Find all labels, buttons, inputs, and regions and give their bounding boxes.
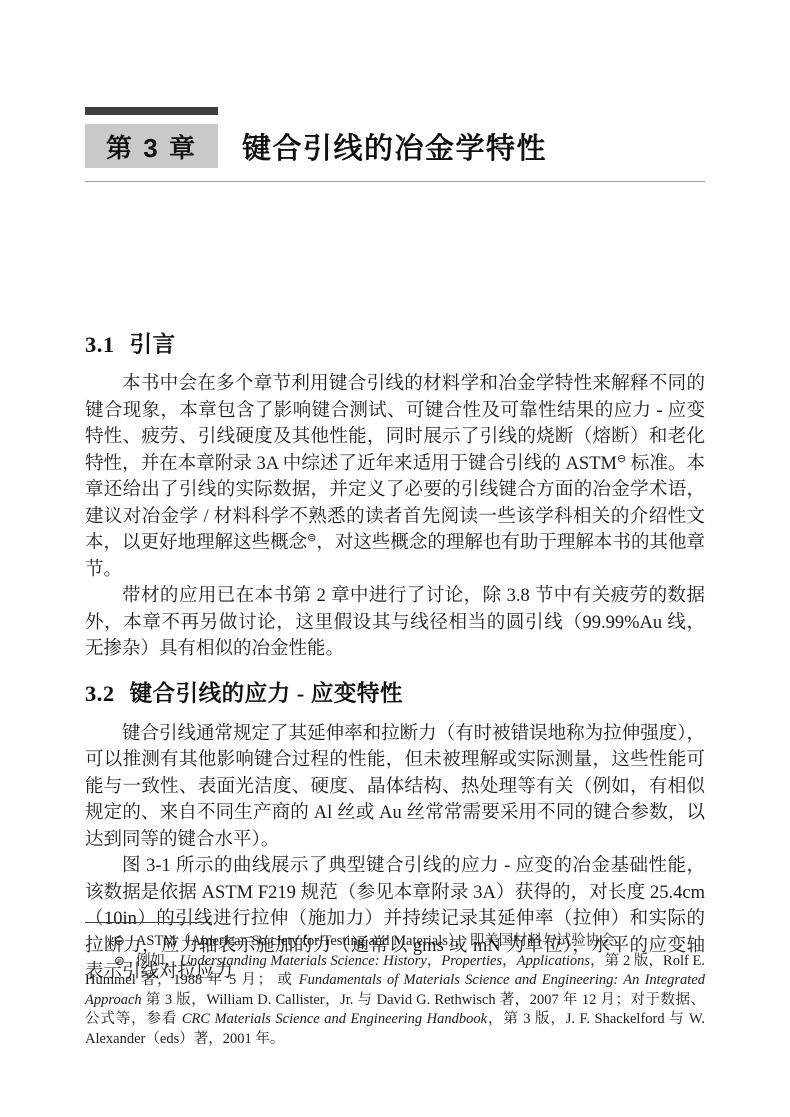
book-title-italic: Properties	[441, 953, 502, 969]
text-segment: 例如，	[136, 953, 180, 969]
section-number: 3.1	[85, 332, 115, 357]
section-heading-3-2: 3.2键合引线的应力 - 应变特性	[85, 676, 705, 708]
section-title: 引言	[130, 332, 176, 357]
footnote-text: ASTM（American So ciety for Testing and M…	[136, 933, 629, 949]
chapter-title-row: 第 3 章 键合引线的冶金学特性	[85, 124, 705, 168]
footnote-item: ⊜例如，Understanding Materials Science: His…	[85, 952, 705, 1050]
section-heading-3-1: 3.1引言	[85, 327, 705, 359]
paragraph: 带材的应用已在本书第 2 章中进行了讨论，除 3.8 节中有关疲劳的数据外，本章…	[85, 583, 705, 663]
section-number: 3.2	[85, 681, 115, 706]
footnote-marker: ⊜	[114, 954, 125, 969]
text-segment: 本书中会在多个章节利用键合引线的材料学和冶金学特性来解释不同的键合现象，本章包含…	[85, 374, 705, 474]
text-segment: ，	[427, 953, 442, 969]
footnote-divider	[85, 922, 211, 923]
footnote-text: 例如，Understanding Materials Science: Hist…	[85, 953, 705, 1047]
paragraph: 本书中会在多个章节利用键合引线的材料学和冶金学特性来解释不同的键合现象，本章包含…	[85, 371, 705, 583]
chapter-title: 键合引线的冶金学特性	[242, 126, 547, 167]
footnote-ref-marker: ⊜	[307, 531, 316, 544]
page-content: 3.1引言 本书中会在多个章节利用键合引线的材料学和冶金学特性来解释不同的键合现…	[85, 327, 705, 986]
chapter-header-bar	[85, 107, 218, 115]
paragraph: 键合引线通常规定了其延伸率和拉断力（有时被错误地称为拉伸强度），可以推测有其他影…	[85, 721, 705, 854]
text-segment: ASTM（American So ciety for Testing and M…	[136, 933, 629, 949]
section-3-1: 3.1引言 本书中会在多个章节利用键合引线的材料学和冶金学特性来解释不同的键合现…	[85, 327, 705, 663]
footnote-area: ⊖ASTM（American So ciety for Testing and …	[85, 922, 705, 1049]
chapter-number-label: 第 3 章	[106, 128, 197, 165]
book-title-italic: Applications	[517, 953, 590, 969]
text-segment: 键合引线通常规定了其延伸率和拉断力（有时被错误地称为拉伸强度），可以推测有其他影…	[85, 724, 705, 850]
chapter-header-rule	[85, 181, 705, 182]
footnote-item: ⊖ASTM（American So ciety for Testing and …	[85, 932, 705, 952]
chapter-number-box: 第 3 章	[85, 124, 218, 168]
text-segment: 带材的应用已在本书第 2 章中进行了讨论，除 3.8 节中有关疲劳的数据外，本章…	[85, 586, 705, 659]
section-title: 键合引线的应力 - 应变特性	[130, 681, 403, 706]
book-title-italic: Understanding Materials Science: History	[180, 953, 427, 969]
book-title-italic: CRC Materials Science and Engineering Ha…	[182, 1011, 487, 1027]
book-page: 第 3 章 键合引线的冶金学特性 3.1引言 本书中会在多个章节利用键合引线的材…	[0, 0, 790, 1117]
chapter-header: 第 3 章 键合引线的冶金学特性	[85, 107, 705, 182]
footnote-marker: ⊖	[114, 934, 125, 949]
footnote-ref-marker: ⊖	[617, 451, 626, 464]
text-segment: ，	[502, 953, 517, 969]
